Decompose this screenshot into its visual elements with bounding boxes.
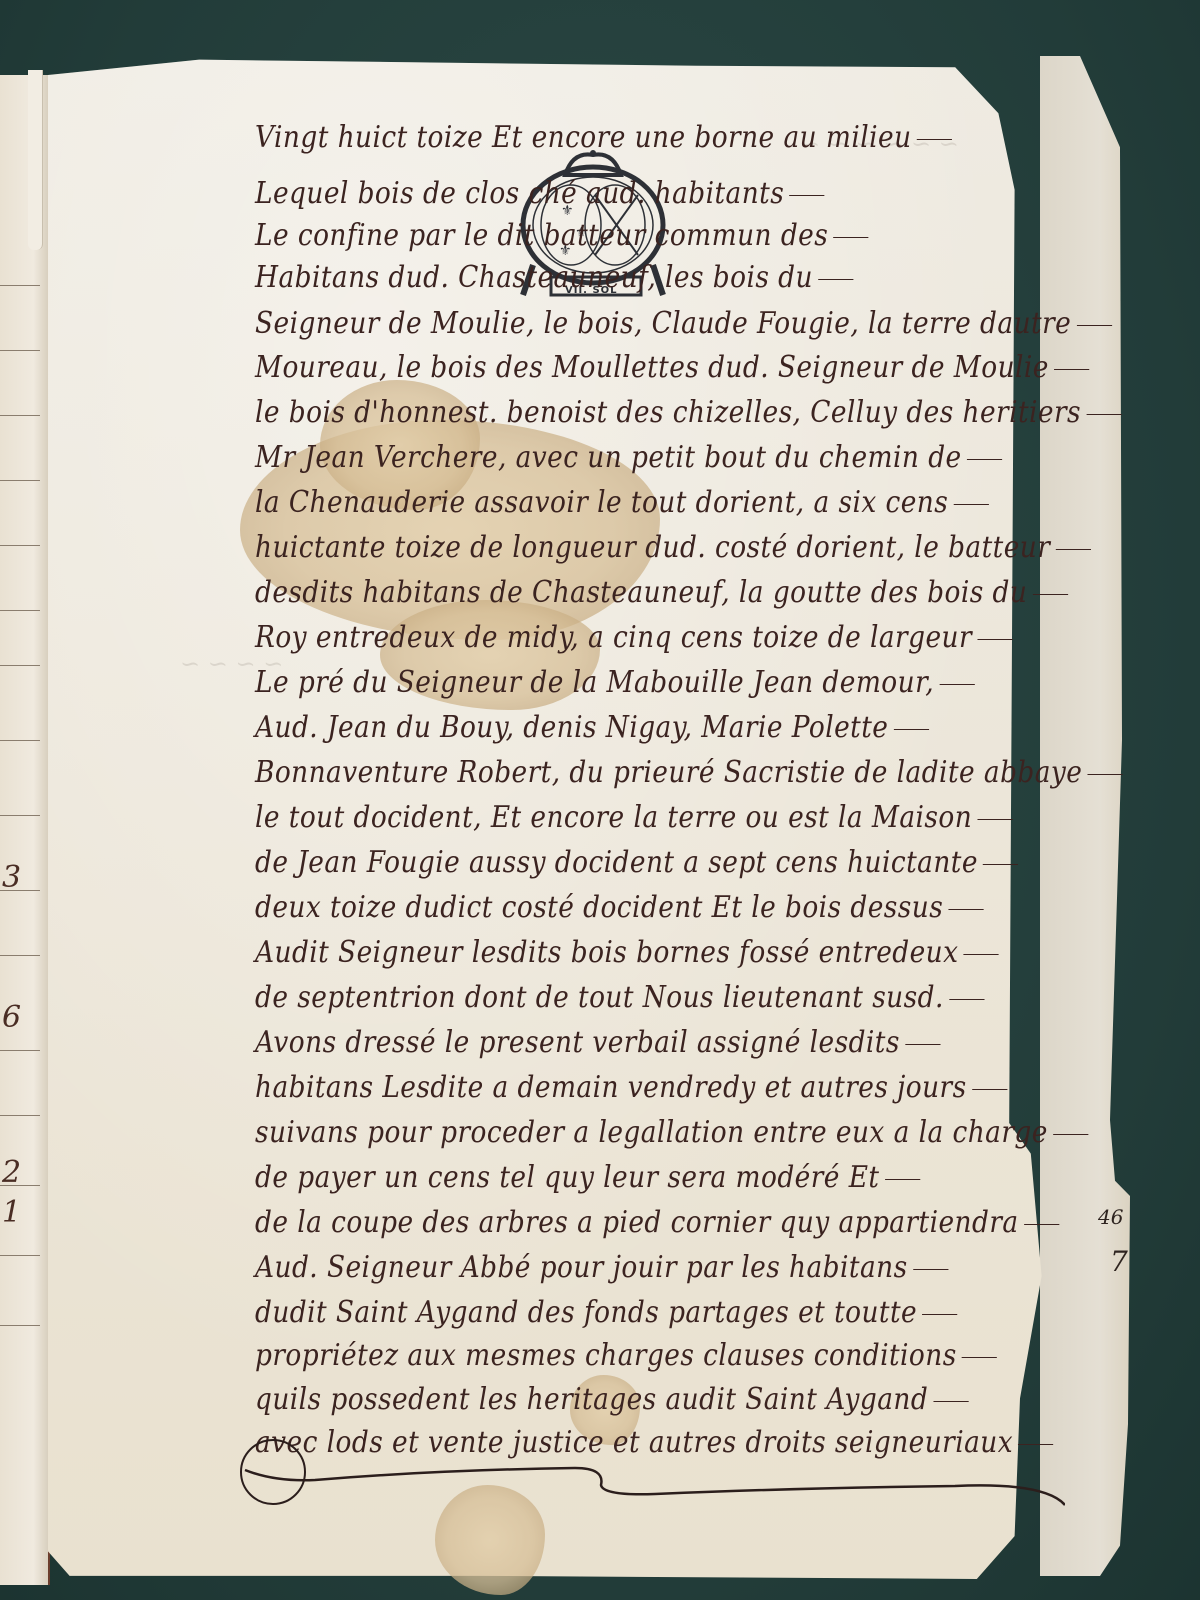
ruled-line (0, 350, 40, 351)
ruled-line (0, 285, 40, 286)
previous-page-fragment: 1 (2, 1195, 21, 1230)
text-line: Le pré du Seigneur de la Mabouille Jean … (255, 665, 975, 700)
text-line: la Chenauderie assavoir le tout dorient,… (255, 485, 989, 520)
ruled-line (0, 665, 40, 666)
binding-thread (28, 70, 43, 250)
text-line: desdits habitans de Chasteauneuf, la gou… (255, 575, 1068, 610)
ruled-line (0, 480, 40, 481)
text-line: suivans pour proceder a legallation entr… (255, 1115, 1088, 1150)
ruled-line (0, 815, 40, 816)
text-line: quils possedent les heritages audit Sain… (255, 1382, 969, 1417)
text-line: propriétez aux mesmes charges clauses co… (255, 1338, 997, 1373)
text-line: Roy entredeux de midy, a cinq cens toize… (255, 620, 1013, 655)
text-line: le tout docident, Et encore la terre ou … (255, 800, 1013, 835)
previous-page-fragment: 2 (2, 1155, 21, 1190)
text-line: Moureau, le bois des Moullettes dud. Sei… (255, 350, 1089, 385)
text-line: Avons dressé le present verbail assigné … (255, 1025, 940, 1060)
text-line: Aud. Jean du Bouy, denis Nigay, Marie Po… (255, 710, 929, 745)
text-line: habitans Lesdite a demain vendredy et au… (255, 1070, 1007, 1105)
closing-flourish (235, 1430, 1065, 1520)
ruled-line (0, 545, 40, 546)
text-line: Audit Seigneur lesdits bois bornes fossé… (255, 935, 999, 970)
text-line: de Jean Fougie aussy docident a sept cen… (255, 845, 1018, 880)
text-line: le bois d'honnest. benoist des chizelles… (255, 395, 1122, 430)
previous-page-fragment: 6 (2, 1000, 21, 1035)
text-line: Lequel bois de clos ché aud. habitants (255, 176, 825, 211)
text-line: de payer un cens tel quy leur sera modér… (255, 1160, 920, 1195)
text-line: Aud. Seigneur Abbé pour jouir par les ha… (255, 1250, 948, 1285)
text-line: Seigneur de Moulie, le bois, Claude Foug… (255, 306, 1112, 341)
margin-note: 46 (1098, 1205, 1123, 1229)
text-line: huictante toize de longueur dud. costé d… (255, 530, 1091, 565)
text-line: dudit Saint Aygand des fonds partages et… (255, 1295, 958, 1330)
ruled-line (0, 740, 40, 741)
text-line: Vingt huict toize Et encore une borne au… (255, 120, 952, 155)
ruled-line (0, 1255, 40, 1256)
ruled-line (0, 1325, 40, 1326)
ruled-line (0, 415, 40, 416)
text-line: Mr Jean Verchere, avec un petit bout du … (255, 440, 1002, 475)
text-line: Le confine par le dit batteur commun des (255, 218, 869, 253)
text-line: deux toize dudict costé docident Et le b… (255, 890, 984, 925)
text-line: de la coupe des arbres a pied cornier qu… (255, 1205, 1059, 1240)
previous-page-edge: 3 6 2 1 (0, 75, 50, 1585)
ruled-line (0, 610, 40, 611)
text-line: Habitans dud. Chasteauneuf, les bois du (255, 260, 853, 295)
previous-page-fragment: 3 (2, 860, 21, 895)
text-line: Bonnaventure Robert, du prieuré Sacristi… (255, 755, 1123, 790)
ruled-line (0, 955, 40, 956)
text-line: de septentrion dont de tout Nous lieuten… (255, 980, 984, 1015)
margin-note: 7 (1110, 1245, 1128, 1278)
ruled-line (0, 1050, 40, 1051)
ruled-line (0, 1115, 40, 1116)
